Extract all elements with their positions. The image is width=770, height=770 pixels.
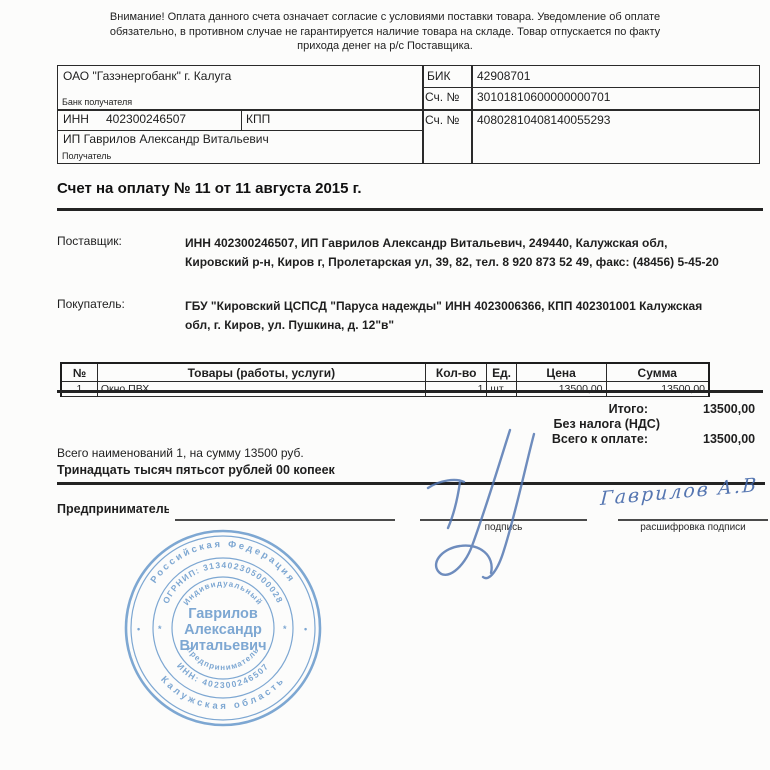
item-unit: шт <box>487 382 516 397</box>
col-number: № <box>61 363 97 382</box>
warning-line-3: прихода денег на р/с Поставщика. <box>55 39 715 54</box>
stamp-center-line-1: Гаврилов <box>188 606 258 622</box>
buyer-line-1: ГБУ "Кировский ЦСПСД "Паруса надежды" ИН… <box>185 297 702 316</box>
handwritten-signature <box>398 428 568 588</box>
signature-line-1 <box>175 519 395 521</box>
col-unit: Ед. <box>487 363 516 382</box>
bik-value: 42908701 <box>477 69 530 83</box>
warning-line-2: обязательно, в противном случае не гаран… <box>55 25 715 40</box>
signature-stroke <box>436 430 510 575</box>
stamp-dot-left: • <box>137 624 140 634</box>
payment-warning: Внимание! Оплата данного счета означает … <box>55 10 715 54</box>
inn-value: 402300246507 <box>106 112 186 126</box>
corr-account-value: 30101810600000000701 <box>477 90 610 104</box>
payee-account-label: Сч. № <box>425 113 459 127</box>
divider <box>241 109 242 130</box>
stamp-center-line-3: Витальевич <box>180 638 267 654</box>
divider <box>422 66 424 163</box>
svg-text:ОГРНИП: 313402305000028: ОГРНИП: 313402305000028 <box>161 560 286 605</box>
stamp-dot-right: • <box>304 624 307 634</box>
item-price: 13500,00 <box>516 382 606 397</box>
col-sum: Сумма <box>606 363 709 382</box>
stamp-individual-text: Индивидуальный <box>182 579 265 607</box>
supplier-label: Поставщик: <box>57 234 122 248</box>
buyer-details: ГБУ "Кировский ЦСПСД "Паруса надежды" ИН… <box>185 297 702 335</box>
invoice-title: Счет на оплату № 11 от 11 августа 2015 г… <box>57 180 362 197</box>
rasshifrovka-caption: расшифровка подписи <box>618 522 768 533</box>
items-table-rule <box>57 390 763 393</box>
invoice-document: Внимание! Оплата данного счета означает … <box>0 0 770 770</box>
payee-name: ИП Гаврилов Александр Витальевич <box>63 132 269 146</box>
itogo-value: 13500,00 <box>703 402 755 416</box>
svg-text:Калужская область: Калужская область <box>158 674 287 712</box>
supplier-line-1: ИНН 402300246507, ИП Гаврилов Александр … <box>185 234 719 253</box>
title-rule <box>57 208 763 211</box>
payee-caption: Получатель <box>62 151 111 161</box>
total-due-value: 13500,00 <box>703 432 755 446</box>
signature-stroke <box>483 434 534 578</box>
stamp-outer-bottom-text: Калужская область <box>158 674 287 712</box>
inn-label: ИНН <box>63 112 89 126</box>
itogo-label: Итого: <box>450 402 648 416</box>
divider <box>471 66 473 163</box>
stamp-separator-left: * <box>158 624 162 634</box>
item-sum: 13500,00 <box>606 382 709 397</box>
kpp-label: КПП <box>246 112 270 126</box>
warning-line-1: Внимание! Оплата данного счета означает … <box>55 10 715 25</box>
bik-label: БИК <box>427 69 451 83</box>
buyer-label: Покупатель: <box>57 297 125 311</box>
buyer-line-2: обл, г. Киров, ул. Пушкина, д. 12"в" <box>185 316 702 335</box>
round-stamp: Российская Федерация Калужская область О… <box>112 528 334 728</box>
item-name: Окно ПВХ <box>97 382 425 397</box>
signature-stroke <box>428 480 464 528</box>
col-price: Цена <box>516 363 606 382</box>
bank-name-caption: Банк получателя <box>62 97 132 107</box>
entrepreneur-label: Предприниматель <box>57 502 169 516</box>
item-qty: 1 <box>425 382 487 397</box>
item-number: 1 <box>61 382 97 397</box>
corr-account-label: Сч. № <box>425 90 459 104</box>
stamp-center-line-2: Александр <box>184 622 262 638</box>
stamp-separator-right: * <box>283 624 287 634</box>
handwritten-name: Гаврилов А.В <box>600 474 759 510</box>
bank-details-table: ОАО "Газэнергобанк" г. Калуга Банк получ… <box>57 65 760 164</box>
signature-line-3 <box>618 519 768 521</box>
items-header-row: № Товары (работы, услуги) Кол-во Ед. Цен… <box>61 363 709 382</box>
divider <box>58 109 759 111</box>
col-qty: Кол-во <box>425 363 487 382</box>
table-row: 1 Окно ПВХ 1 шт 13500,00 13500,00 <box>61 382 709 397</box>
col-goods: Товары (работы, услуги) <box>97 363 425 382</box>
stamp-ogrnip-text: ОГРНИП: 313402305000028 <box>161 560 286 605</box>
svg-text:Индивидуальный: Индивидуальный <box>182 579 265 607</box>
divider <box>422 87 759 88</box>
payee-account-value: 40802810408140055293 <box>477 113 610 127</box>
bank-name: ОАО "Газэнергобанк" г. Калуга <box>63 69 231 83</box>
supplier-details: ИНН 402300246507, ИП Гаврилов Александр … <box>185 234 719 272</box>
divider <box>58 130 422 131</box>
supplier-line-2: Кировский р-н, Киров г, Пролетарская ул,… <box>185 253 719 272</box>
items-count-line: Всего наименований 1, на сумму 13500 руб… <box>57 446 304 460</box>
amount-in-words: Тринадцать тысяч пятьсот рублей 00 копее… <box>57 463 335 477</box>
